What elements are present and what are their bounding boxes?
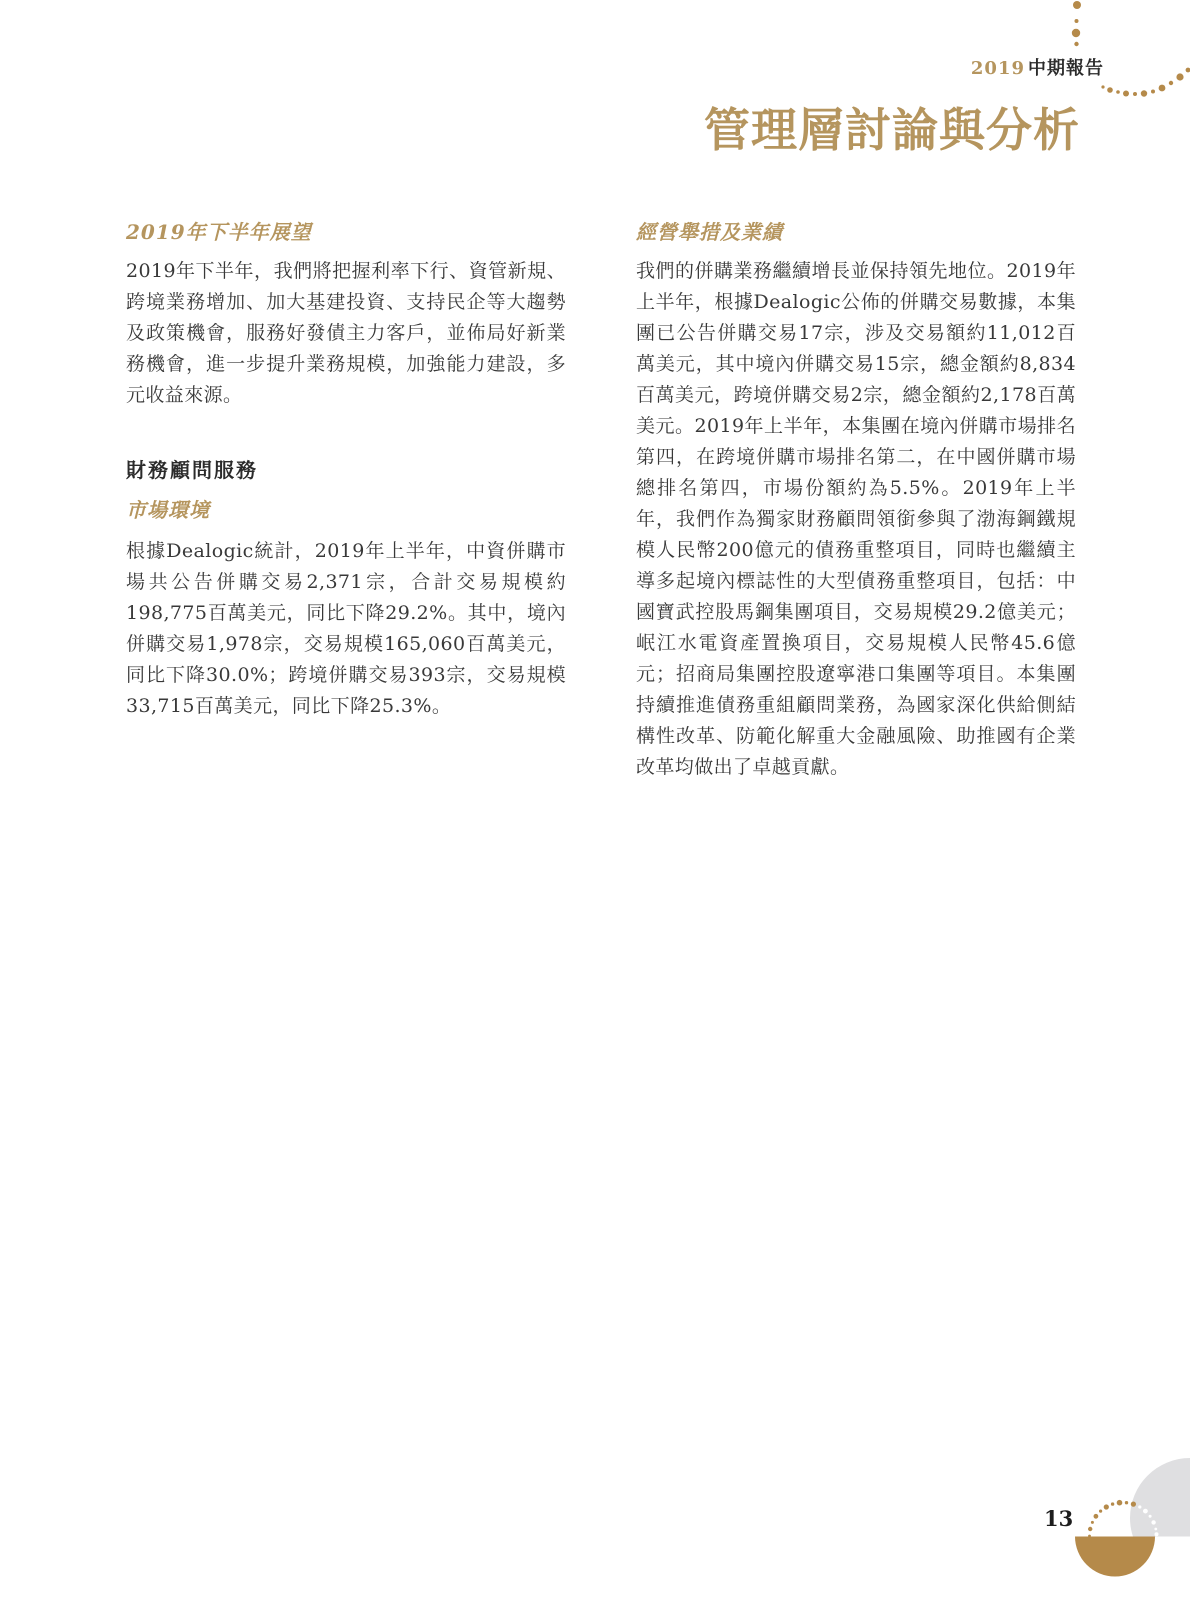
report-page: 2019中期報告 管理層討論與分析 2019年下半年展望 2019年下半年，我們…: [0, 0, 1190, 1615]
paragraph-performance: 我們的併購業務繼續增長並保持領先地位。2019年上半年，根據Dealogic公佈…: [636, 256, 1076, 783]
report-badge: 2019中期報告: [971, 58, 1104, 80]
semicircle-decoration-icon: [1060, 1455, 1190, 1580]
left-column: 2019年下半年展望 2019年下半年，我們將把握利率下行、資管新規、跨境業務增…: [126, 218, 566, 722]
section-heading-outlook: 2019年下半年展望: [126, 218, 566, 246]
report-label: 中期報告: [1028, 58, 1104, 79]
dots-decoration-icon: [1040, 0, 1190, 110]
right-column: 經營舉措及業績 我們的併購業務繼續增長並保持領先地位。2019年上半年，根據De…: [636, 218, 1076, 783]
section-heading-advisory: 財務顧問服務: [126, 456, 566, 484]
paragraph-outlook: 2019年下半年，我們將把握利率下行、資管新規、跨境業務增加、加大基建投資、支持…: [126, 256, 566, 411]
page-number: 13: [1044, 1506, 1073, 1532]
subsection-heading-market: 市場環境: [126, 496, 566, 524]
paragraph-market: 根據Dealogic統計，2019年上半年，中資併購市場共公告併購交易2,371…: [126, 536, 566, 722]
page-title: 管理層討論與分析: [704, 103, 1080, 157]
section-heading-performance: 經營舉措及業績: [636, 218, 1076, 246]
report-year: 2019: [971, 58, 1025, 79]
